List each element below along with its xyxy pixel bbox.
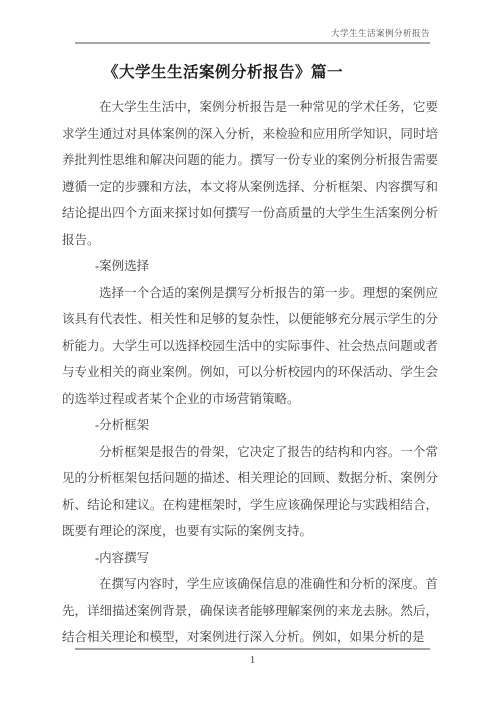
- page-footer: 1: [75, 648, 430, 668]
- paragraph-content-writing: 在撰写内容时，学生应该确保信息的准确性和分析的深度。首先，详细描述案例背景，确保…: [62, 571, 438, 651]
- paragraph-analysis-framework: 分析框架是报告的骨架，它决定了报告的结构和内容。一个常见的分析框架包括问题的描述…: [62, 439, 438, 545]
- subheading-content-writing: -内容撰写: [62, 545, 438, 572]
- document-title: 《大学生生活案例分析报告》篇一: [62, 60, 438, 82]
- subheading-analysis-framework: -分析框架: [62, 412, 438, 439]
- header-rule: [75, 42, 430, 44]
- header-title-text: 大学生生活案例分析报告: [75, 27, 430, 39]
- intro-paragraph: 在大学生生活中，案例分析报告是一种常见的学术任务，它要求学生通过对具体案例的深入…: [62, 94, 438, 253]
- page-header: 大学生生活案例分析报告: [75, 27, 430, 44]
- paragraph-case-selection: 选择一个合适的案例是撰写分析报告的第一步。理想的案例应该具有代表性、相关性和足够…: [62, 280, 438, 413]
- document-page: 大学生生活案例分析报告 《大学生生活案例分析报告》篇一 在大学生生活中，案例分析…: [0, 0, 500, 707]
- subheading-case-selection: -案例选择: [62, 253, 438, 280]
- page-number: 1: [250, 654, 256, 666]
- document-body: 《大学生生活案例分析报告》篇一 在大学生生活中，案例分析报告是一种常见的学术任务…: [62, 60, 438, 651]
